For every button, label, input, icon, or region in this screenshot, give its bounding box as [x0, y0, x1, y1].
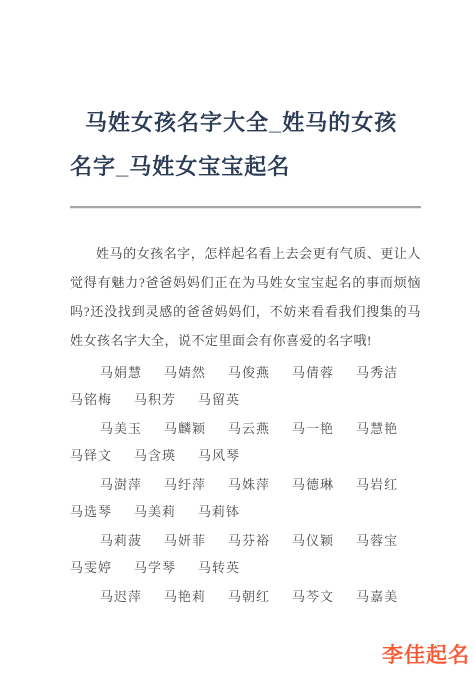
- intro-paragraph: 姓马的女孩名字，怎样起名看上去会更有气质、更让人觉得有魅力?爸爸妈妈们正在为马姓…: [70, 239, 421, 355]
- name-item: 马妍菲: [164, 527, 206, 554]
- name-group: 马澍萍马纡萍马姝萍马德琳马岩红马选琴马美莉马莉钵: [70, 471, 421, 525]
- name-item: 马岩红: [356, 471, 398, 498]
- name-group: 马莉菠马妍菲马芬裕马仪颖马蓉宝马雯婷马学琴马转英: [70, 527, 421, 581]
- name-item: 马嘉美: [356, 583, 398, 610]
- name-item: 马纡萍: [164, 471, 206, 498]
- name-item: 马转英: [198, 554, 240, 581]
- name-item: 马莉菠: [100, 527, 142, 554]
- name-row: 马选琴马美莉马莉钵: [70, 498, 421, 525]
- name-item: 马德琳: [292, 471, 334, 498]
- name-group: 马美玉马麟颖马云燕马一艳马慧艳马铎文马含瑛马风琴: [70, 415, 421, 469]
- name-item: 马澍萍: [100, 471, 142, 498]
- article-content: 马姓女孩名字大全_姓马的女孩 名字_马姓女宝宝起名 姓马的女孩名字，怎样起名看上…: [70, 0, 421, 612]
- name-item: 马留英: [198, 386, 240, 413]
- name-item: 马铎文: [70, 442, 112, 469]
- name-row: 马铭梅马积芳马留英: [70, 386, 421, 413]
- name-row: 马澍萍马纡萍马姝萍马德琳马岩红: [70, 471, 421, 498]
- name-item: 马选琴: [70, 498, 112, 525]
- name-item: 马雯婷: [70, 554, 112, 581]
- name-item: 马俊燕: [228, 359, 270, 386]
- name-item: 马朝红: [228, 583, 270, 610]
- name-group: 马迟萍马艳莉马朝红马芩文马嘉美: [70, 583, 421, 610]
- name-item: 马芬裕: [228, 527, 270, 554]
- name-item: 马迟萍: [100, 583, 142, 610]
- name-item: 马倩蓉: [292, 359, 334, 386]
- name-item: 马娟慧: [100, 359, 142, 386]
- page-title-line1: 马姓女孩名字大全_姓马的女孩: [70, 101, 421, 145]
- name-item: 马芩文: [292, 583, 334, 610]
- name-item: 马美玉: [100, 415, 142, 442]
- name-item: 马慧艳: [356, 415, 398, 442]
- name-item: 马蓉宝: [356, 527, 398, 554]
- page-title: 马姓女孩名字大全_姓马的女孩 名字_马姓女宝宝起名: [70, 0, 421, 189]
- name-item: 马风琴: [198, 442, 240, 469]
- name-item: 马麟颖: [164, 415, 206, 442]
- name-item: 马云燕: [228, 415, 270, 442]
- name-item: 马仪颖: [292, 527, 334, 554]
- name-item: 马艳莉: [164, 583, 206, 610]
- name-item: 马积芳: [134, 386, 176, 413]
- name-list: 马娟慧马婧然马俊燕马倩蓉马秀洁马铭梅马积芳马留英马美玉马麟颖马云燕马一艳马慧艳马…: [70, 359, 421, 610]
- name-group: 马娟慧马婧然马俊燕马倩蓉马秀洁马铭梅马积芳马留英: [70, 359, 421, 413]
- name-item: 马一艳: [292, 415, 334, 442]
- name-item: 马含瑛: [134, 442, 176, 469]
- name-item: 马婧然: [164, 359, 206, 386]
- name-row: 马莉菠马妍菲马芬裕马仪颖马蓉宝: [70, 527, 421, 554]
- name-item: 马学琴: [134, 554, 176, 581]
- page-title-line2: 名字_马姓女宝宝起名: [70, 145, 421, 189]
- name-item: 马姝萍: [228, 471, 270, 498]
- name-row: 马迟萍马艳莉马朝红马芩文马嘉美: [70, 583, 421, 610]
- name-row: 马美玉马麟颖马云燕马一艳马慧艳: [70, 415, 421, 442]
- watermark-logo: 李佳起名: [382, 639, 470, 669]
- title-divider: [70, 206, 421, 209]
- name-item: 马铭梅: [70, 386, 112, 413]
- name-row: 马娟慧马婧然马俊燕马倩蓉马秀洁: [70, 359, 421, 386]
- name-item: 马秀洁: [356, 359, 398, 386]
- name-item: 马美莉: [134, 498, 176, 525]
- name-row: 马雯婷马学琴马转英: [70, 554, 421, 581]
- name-row: 马铎文马含瑛马风琴: [70, 442, 421, 469]
- article-page: 马姓女孩名字大全_姓马的女孩 名字_马姓女宝宝起名 姓马的女孩名字，怎样起名看上…: [0, 0, 475, 673]
- name-item: 马莉钵: [198, 498, 240, 525]
